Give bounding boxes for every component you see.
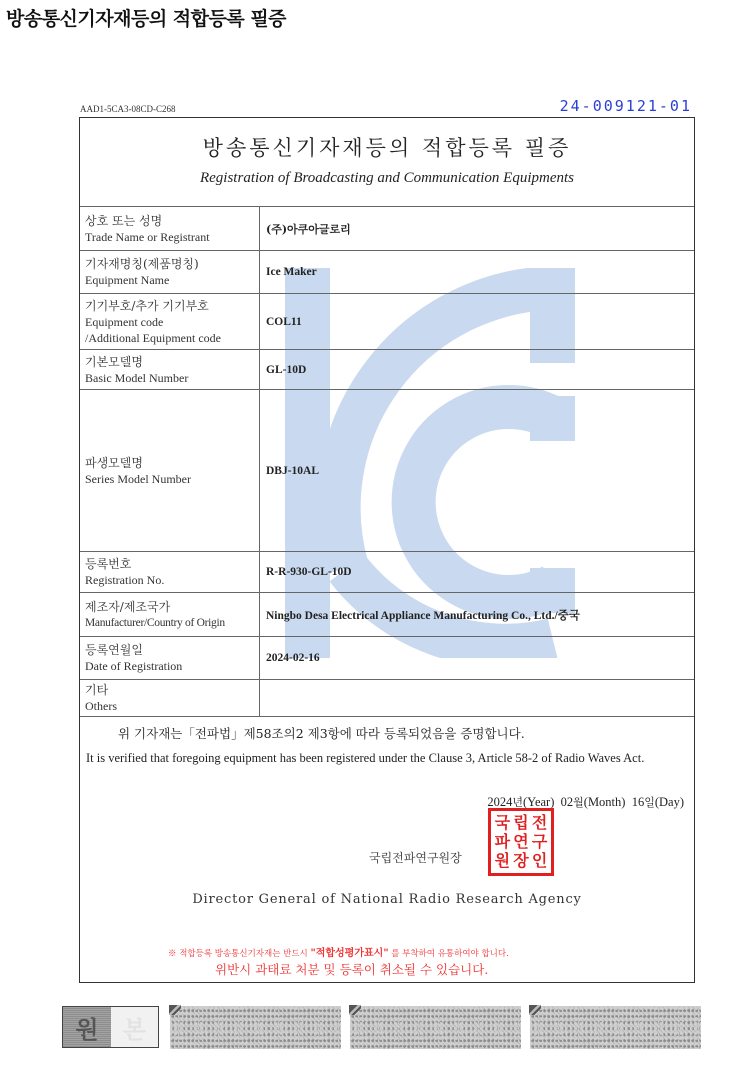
value-trade-name: (주)아쿠아글로리 <box>260 207 695 251</box>
official-seal-icon: 국 립 전 파 연 구 원 장 인 <box>488 808 554 876</box>
label-en: Equipment code <box>85 314 254 330</box>
table-row-others: 기타 Others <box>80 680 695 717</box>
value-others <box>260 680 695 717</box>
label-ko: 제조자/제조국가 <box>85 599 254 615</box>
issue-year: 2024 <box>487 795 512 809</box>
certificate-title-ko: 방송통신기자재등의 적합등록 필증 <box>80 132 694 162</box>
label-en: Series Model Number <box>85 471 254 487</box>
table-row-series-model: 파생모델명 Series Model Number DBJ-10AL <box>80 390 695 552</box>
value-date-of-registration: 2024-02-16 <box>260 637 695 680</box>
label-ko: 기타 <box>85 682 254 698</box>
label-ko: 기자재명칭(제품명칭) <box>85 256 254 272</box>
issue-month: 02 <box>561 795 574 809</box>
value-equipment-code: COL11 <box>260 294 695 350</box>
value-series-model: DBJ-10AL <box>260 390 695 552</box>
document-code: AAD1-5CA3-08CD-C268 <box>80 104 176 114</box>
label-ko: 상호 또는 성명 <box>85 213 254 229</box>
verification-text-ko: 위 기자재는「전파법」제58조의2 제3항에 따라 등록되었음을 증명합니다. <box>118 724 525 742</box>
label-en: Registration No. <box>85 572 254 588</box>
label-en: Others <box>85 698 254 714</box>
security-footer: 원 본 <box>62 1006 732 1046</box>
label-en: Date of Registration <box>85 658 254 674</box>
label-ko: 기기부호/추가 기기부호 <box>85 298 254 314</box>
label-ko: 기본모델명 <box>85 354 254 370</box>
certificate-number: 24-009121-01 <box>560 97 692 115</box>
table-row-equipment-code: 기기부호/추가 기기부호 Equipment code /Additional … <box>80 294 695 350</box>
label-en: Manufacturer/Country of Origin <box>85 615 254 631</box>
original-stamp-icon: 원 본 <box>62 1006 159 1048</box>
table-row-equipment-name: 기자재명칭(제품명칭) Equipment Name Ice Maker <box>80 251 695 294</box>
table-row-manufacturer: 제조자/제조국가 Manufacturer/Country of Origin … <box>80 593 695 637</box>
label-ko: 등록번호 <box>85 556 254 572</box>
table-row-basic-model: 기본모델명 Basic Model Number GL-10D <box>80 350 695 390</box>
certificate: 방송통신기자재등의 적합등록 필증 Registration of Broadc… <box>79 117 695 983</box>
certificate-title-en: Registration of Broadcasting and Communi… <box>80 170 694 187</box>
verification-text-en: It is verified that foregoing equipment … <box>86 746 686 770</box>
notice-line-2: 위반시 과태료 처분 및 등록이 취소될 수 있습니다. <box>215 960 488 978</box>
issue-day: 16 <box>632 795 645 809</box>
label-en: Basic Model Number <box>85 370 254 386</box>
registration-info-table: 상호 또는 성명 Trade Name or Registrant (주)아쿠아… <box>79 206 695 717</box>
value-manufacturer: Ningbo Desa Electrical Appliance Manufac… <box>260 593 695 637</box>
issuer-name-en: Director General of National Radio Resea… <box>80 892 694 907</box>
label-en: Trade Name or Registrant <box>85 229 254 245</box>
security-pattern-icon <box>530 1006 701 1049</box>
value-basic-model: GL-10D <box>260 350 695 390</box>
label-ko: 등록연월일 <box>85 642 254 658</box>
table-row-date-of-registration: 등록연월일 Date of Registration 2024-02-16 <box>80 637 695 680</box>
value-registration-no: R-R-930-GL-10D <box>260 552 695 593</box>
notice-emphasis: "적합성평가표시" <box>310 948 388 959</box>
page-heading: 방송통신기자재등의 적합등록 필증 <box>6 4 286 31</box>
security-pattern-icon <box>350 1006 521 1049</box>
label-ko: 파생모델명 <box>85 455 254 471</box>
label-en-additional: /Additional Equipment code <box>85 330 254 346</box>
table-row-trade-name: 상호 또는 성명 Trade Name or Registrant (주)아쿠아… <box>80 207 695 251</box>
table-row-registration-no: 등록번호 Registration No. R-R-930-GL-10D <box>80 552 695 593</box>
value-equipment-name: Ice Maker <box>260 251 695 294</box>
label-en: Equipment Name <box>85 272 254 288</box>
notice-line-1: ※ 적합등록 방송통신기자재는 반드시 "적합성평가표시" 를 부착하여 유통하… <box>168 944 509 959</box>
security-pattern-icon <box>170 1006 341 1049</box>
issuer-name-ko: 국립전파연구원장 <box>369 849 462 866</box>
